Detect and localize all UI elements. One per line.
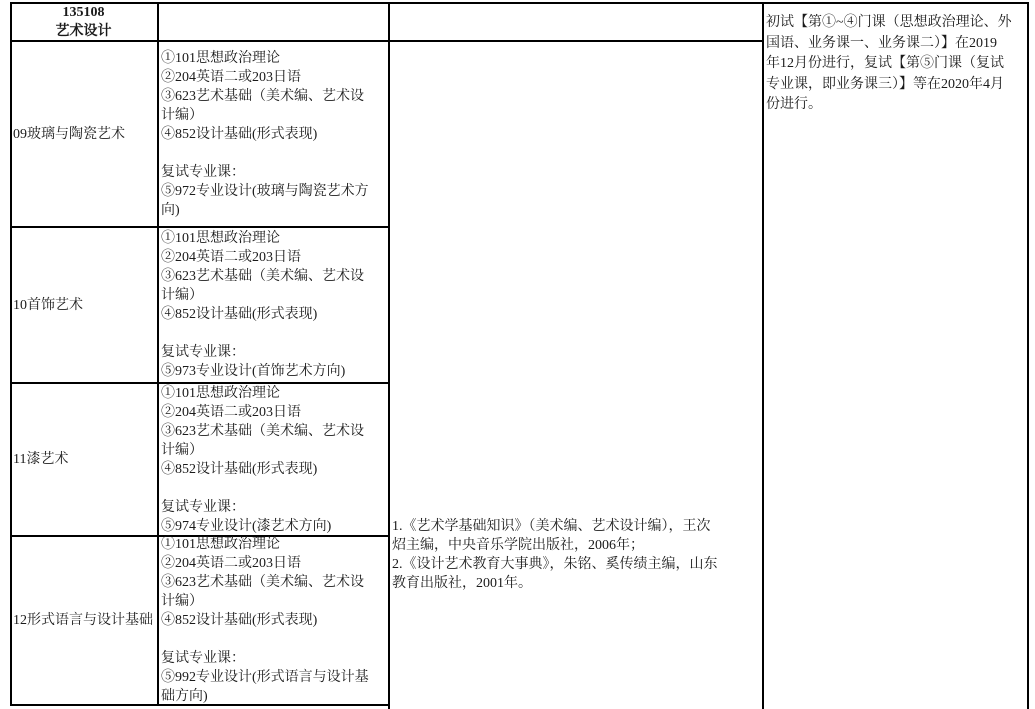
program-name: 11漆艺术 (13, 450, 68, 469)
program-name: 12形式语言与设计基础 (13, 611, 153, 630)
header-empty-cell-references (390, 4, 760, 38)
exam-subjects-list: ①101思想政治理论 ②204英语二或203日语 ③623艺术基础（美术编、艺术… (161, 384, 364, 536)
table-gridline-right (1027, 2, 1029, 709)
program-name-cell-09: 09玻璃与陶瓷艺术 (13, 44, 155, 224)
table-gridline-col2-right (388, 2, 390, 709)
major-code: 135108 (63, 3, 105, 22)
reference-books-cell: 1.《艺术学基础知识》（美术编、艺术设计编），王次 炤主编，中央音乐学院出版社，… (392, 517, 772, 593)
table-gridline-row1-bottom (10, 226, 390, 228)
exam-subjects-cell-12: ①101思想政治理论 ②204英语二或203日语 ③623艺术基础（美术编、艺术… (161, 537, 387, 704)
program-name: 10首饰艺术 (13, 296, 83, 315)
header-empty-cell-subjects (159, 4, 386, 38)
exam-subjects-list: ①101思想政治理论 ②204英语二或203日语 ③623艺术基础（美术编、艺术… (161, 535, 369, 706)
exam-subjects-list: ①101思想政治理论 ②204英语二或203日语 ③623艺术基础（美术编、艺术… (161, 229, 364, 381)
exam-subjects-cell-09: ①101思想政治理论 ②204英语二或203日语 ③623艺术基础（美术编、艺术… (161, 44, 387, 224)
major-name: 艺术设计 (56, 22, 112, 41)
document-page: 135108 艺术设计 09玻璃与陶瓷艺术 ①101思想政治理论 ②204英语二… (0, 0, 1035, 709)
table-gridline-left (10, 2, 12, 706)
exam-schedule-note-cell: 初试【第①~④门课（思想政治理论、外 国语、业务课一、业务课二）】在2019 年… (766, 13, 1025, 116)
exam-subjects-cell-10: ①101思想政治理论 ②204英语二或203日语 ③623艺术基础（美术编、艺术… (161, 230, 387, 380)
major-code-cell: 135108 艺术设计 (12, 4, 155, 40)
table-gridline-col1-right (157, 2, 159, 706)
table-gridline-header-bottom (10, 40, 764, 42)
exam-subjects-list: ①101思想政治理论 ②204英语二或203日语 ③623艺术基础（美术编、艺术… (161, 49, 369, 220)
program-name-cell-10: 10首饰艺术 (13, 230, 155, 380)
program-name: 09玻璃与陶瓷艺术 (13, 125, 125, 144)
program-name-cell-11: 11漆艺术 (13, 386, 155, 533)
program-name-cell-12: 12形式语言与设计基础 (13, 539, 155, 702)
exam-subjects-cell-11: ①101思想政治理论 ②204英语二或203日语 ③623艺术基础（美术编、艺术… (161, 386, 387, 533)
table-gridline-col3-right (762, 2, 764, 709)
